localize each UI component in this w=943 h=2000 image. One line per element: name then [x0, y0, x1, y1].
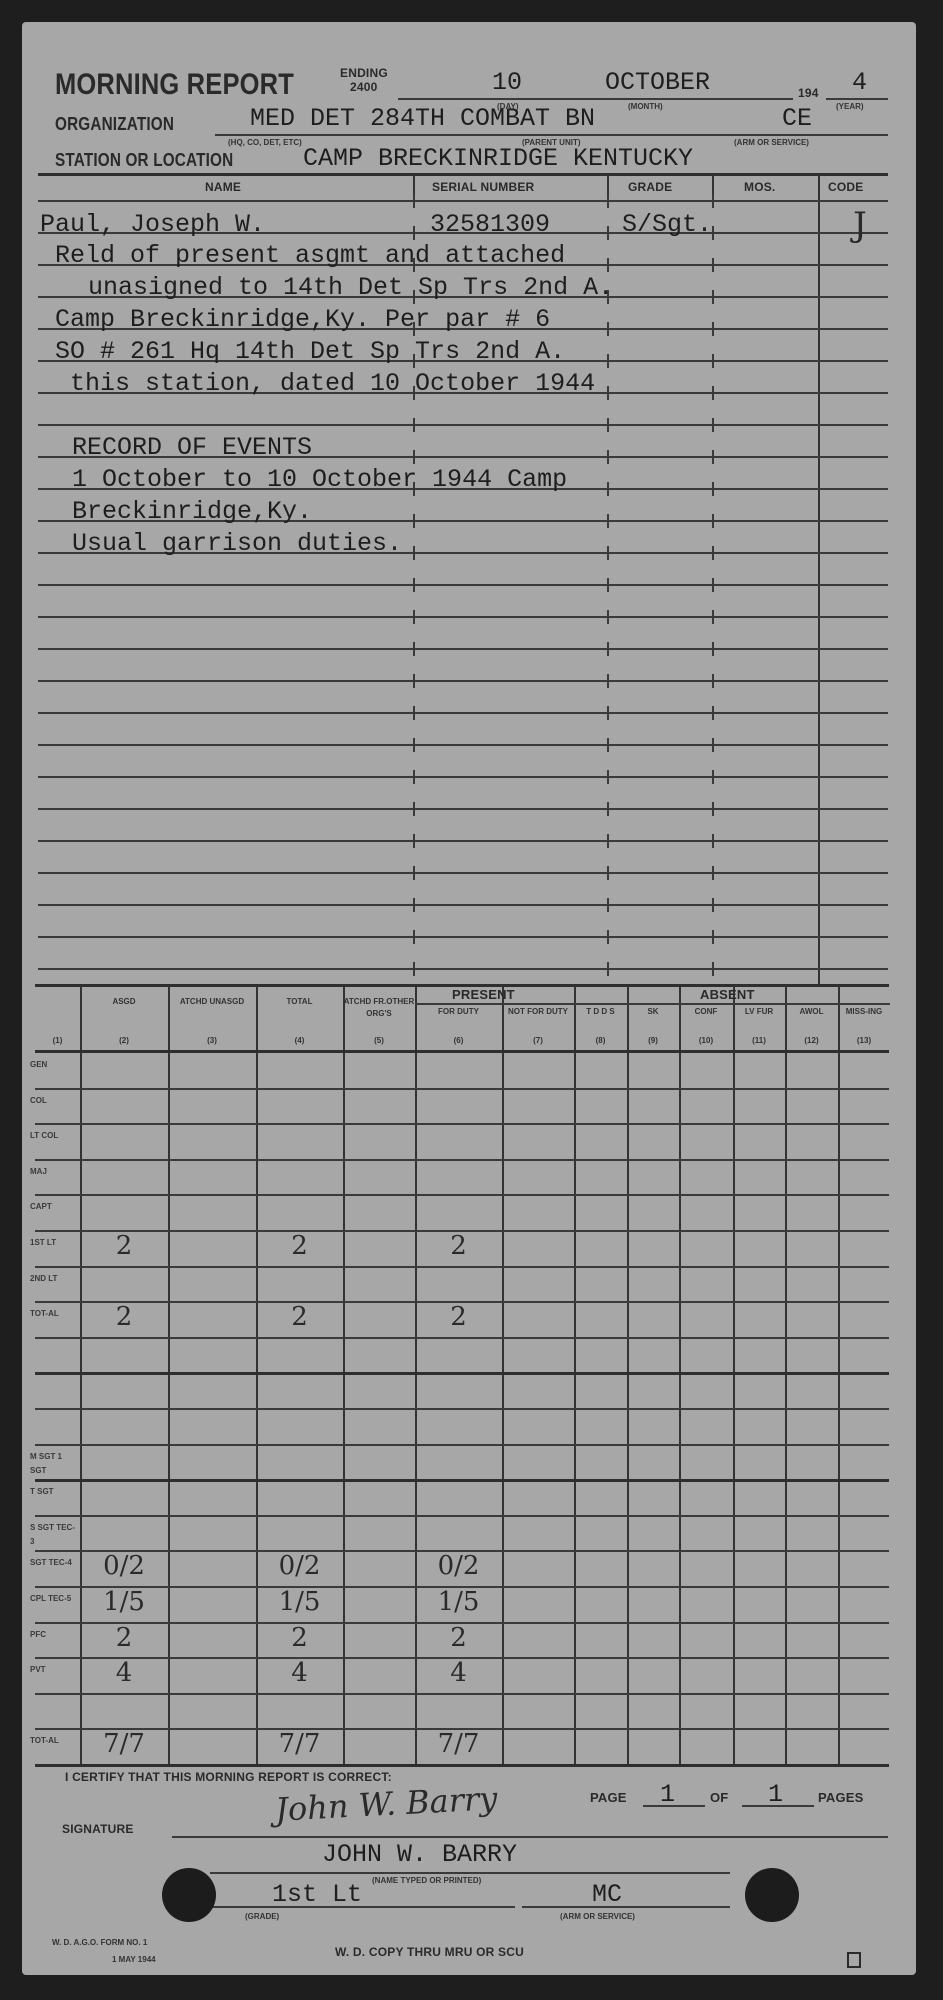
stats-row-line: [35, 1444, 889, 1446]
officer-arm: MC: [592, 1880, 622, 1909]
column-tick: [712, 642, 714, 656]
stats-row-line: [35, 1515, 889, 1517]
rank-label: M SGT 1 SGT: [30, 1450, 78, 1478]
punch-hole-right: [745, 1868, 799, 1922]
column-tick: [413, 450, 415, 464]
grade-label: (GRADE): [245, 1912, 279, 1921]
rank-label: 2ND LT: [30, 1272, 78, 1286]
ruled-line: [38, 968, 888, 970]
name-label: (NAME TYPED OR PRINTED): [372, 1876, 481, 1885]
remark-line-1: Reld of present asgmt and attached: [55, 241, 565, 270]
column-header-number: (10): [679, 1036, 733, 1045]
stats-header-bottom: [35, 1050, 889, 1053]
stats-row-line: [35, 1266, 889, 1268]
column-header-label: ASGD: [80, 996, 168, 1008]
column-tick: [607, 354, 609, 368]
column-tick: [712, 354, 714, 368]
column-tick: [712, 450, 714, 464]
present-group-label: PRESENT: [452, 987, 515, 1002]
column-header-label: TOTAL: [256, 996, 343, 1008]
column-tick: [413, 418, 415, 432]
serial-header: SERIAL NUMBER: [432, 180, 534, 194]
cell-for-duty: 2: [415, 1231, 502, 1261]
group-header-line: [415, 1003, 890, 1005]
cell-for-duty: 0/2: [415, 1551, 502, 1581]
column-tick: [712, 834, 714, 848]
rank-label: GEN: [30, 1058, 78, 1072]
ruled-line: [38, 904, 888, 906]
column-tick: [607, 610, 609, 624]
column-tick: [413, 546, 415, 560]
column-tick: [607, 898, 609, 912]
remark-line-2: unasigned to 14th Det Sp Trs 2nd A.: [88, 273, 613, 302]
rank-label: COL: [30, 1094, 78, 1108]
rank-label: PVT: [30, 1663, 78, 1677]
column-tick: [413, 674, 415, 688]
absent-group-label: ABSENT: [700, 987, 755, 1002]
cell-total: 4: [256, 1658, 343, 1688]
column-header-label: ATCHD FR.OTHER ORG'S: [343, 996, 415, 1020]
column-tick: [712, 706, 714, 720]
column-header-number: (13): [838, 1036, 890, 1045]
rank-label: CAPT: [30, 1200, 78, 1214]
rank-label: TOT-AL: [30, 1307, 78, 1321]
column-tick: [413, 514, 415, 528]
column-tick: [712, 674, 714, 688]
certification-statement: I CERTIFY THAT THIS MORNING REPORT IS CO…: [65, 1770, 392, 1784]
ruled-line: [38, 744, 888, 746]
roster-entry-name: Paul, Joseph W.: [40, 210, 265, 239]
column-tick: [413, 578, 415, 592]
ruled-line: [38, 936, 888, 938]
column-tick: [712, 290, 714, 304]
ruled-line: [38, 776, 888, 778]
column-header-number: (8): [574, 1036, 627, 1045]
event-line-2: Breckinridge,Ky.: [72, 497, 312, 526]
signature-line: [172, 1836, 888, 1838]
ruled-line: [38, 840, 888, 842]
stats-row-line: [35, 1693, 889, 1695]
organization-sub-label: (HQ, CO, DET, ETC): [228, 138, 302, 147]
report-day: 10: [492, 68, 522, 97]
page-count: 1: [768, 1780, 783, 1809]
date-line: [398, 98, 793, 100]
stats-row-line: [35, 1764, 889, 1767]
column-tick: [413, 642, 415, 656]
stats-row-line: [35, 1337, 889, 1339]
cell-total: 2: [256, 1231, 343, 1261]
column-tick: [607, 834, 609, 848]
cell-for-duty: 2: [415, 1302, 502, 1332]
rank-label: LT COL: [30, 1129, 78, 1143]
column-tick: [413, 770, 415, 784]
station-label: STATION OR LOCATION: [55, 150, 233, 171]
cell-asgd: 2: [80, 1302, 168, 1332]
column-tick: [607, 706, 609, 720]
stats-row-line: [35, 1123, 889, 1125]
ruled-line: [38, 616, 888, 618]
column-tick: [413, 738, 415, 752]
column-header-number: (3): [168, 1036, 256, 1045]
cell-asgd: 7/7: [80, 1729, 168, 1759]
column-header-label: ATCHD UNASGD: [168, 996, 256, 1008]
ending-label: ENDING: [340, 66, 388, 80]
signature-label: SIGNATURE: [62, 1822, 134, 1836]
column-header-label: MISS-ING: [838, 1006, 890, 1018]
arm-label: (ARM OR SERVICE): [734, 138, 809, 147]
officer-name-typed: JOHN W. BARRY: [322, 1840, 517, 1869]
column-tick: [712, 226, 714, 240]
rank-label: T SGT: [30, 1485, 78, 1499]
ending-time-label: 2400: [350, 80, 378, 94]
roster-entry-grade: S/Sgt.: [622, 210, 712, 239]
stats-row-line: [35, 1088, 889, 1090]
ruled-line: [38, 200, 888, 202]
officer-arm-label: (ARM OR SERVICE): [560, 1912, 635, 1921]
rank-label: TOT-AL: [30, 1734, 78, 1748]
ruled-line: [38, 648, 888, 650]
cell-total: 1/5: [256, 1587, 343, 1617]
column-tick: [607, 802, 609, 816]
column-header-label: AWOL: [785, 1006, 838, 1018]
column-tick: [712, 962, 714, 976]
page-number: 1: [660, 1780, 675, 1809]
form-number: W. D. A.G.O. FORM NO. 1: [52, 1938, 147, 1947]
month-label: (MONTH): [628, 102, 663, 111]
column-tick: [712, 514, 714, 528]
cell-asgd: 2: [80, 1623, 168, 1653]
organization-line: [215, 134, 888, 136]
column-header-number: (2): [80, 1036, 168, 1045]
column-tick: [712, 482, 714, 496]
column-tick: [607, 674, 609, 688]
column-tick: [712, 258, 714, 272]
rank-label: CPL TEC-5: [30, 1592, 78, 1606]
cell-asgd: 4: [80, 1658, 168, 1688]
column-header-number: (6): [415, 1036, 502, 1045]
column-tick: [607, 578, 609, 592]
column-tick: [607, 962, 609, 976]
column-tick: [712, 770, 714, 784]
record-of-events-title: RECORD OF EVENTS: [72, 433, 312, 462]
year-label: (YEAR): [836, 102, 864, 111]
stats-row-line: [35, 1408, 889, 1410]
form-date: 1 MAY 1944: [112, 1955, 156, 1964]
rank-label: SGT TEC-4: [30, 1556, 78, 1570]
column-tick: [712, 930, 714, 944]
column-tick: [607, 770, 609, 784]
ruled-line: [38, 680, 888, 682]
ruled-line: [38, 808, 888, 810]
column-tick: [607, 482, 609, 496]
of-label: OF: [710, 1790, 728, 1805]
column-header-number: (1): [35, 1036, 80, 1045]
cell-total: 7/7: [256, 1729, 343, 1759]
roster-entry-code: J: [840, 205, 880, 245]
roster-entry-serial: 32581309: [430, 210, 550, 239]
column-tick: [413, 706, 415, 720]
column-tick: [607, 546, 609, 560]
officer-grade: 1st Lt: [272, 1880, 362, 1909]
mos-header: MOS.: [744, 180, 775, 194]
column-tick: [607, 226, 609, 240]
column-tick: [607, 322, 609, 336]
remark-line-4: SO # 261 Hq 14th Det Sp Trs 2nd A.: [55, 337, 565, 366]
column-tick: [413, 610, 415, 624]
column-tick: [607, 738, 609, 752]
column-tick: [413, 866, 415, 880]
column-header-label: T D D S: [574, 1006, 627, 1018]
column-tick: [607, 258, 609, 272]
column-header-label: LV FUR: [733, 1006, 785, 1018]
cell-total: 2: [256, 1302, 343, 1332]
column-header-label: SK: [627, 1006, 679, 1018]
event-line-3: Usual garrison duties.: [72, 529, 402, 558]
column-tick: [712, 802, 714, 816]
column-tick: [712, 386, 714, 400]
copy-note: W. D. COPY THRU MRU OR SCU: [335, 1945, 524, 1959]
column-tick: [413, 194, 415, 208]
column-tick: [712, 194, 714, 208]
column-header-label: CONF: [679, 1006, 733, 1018]
cell-for-duty: 1/5: [415, 1587, 502, 1617]
name-header: NAME: [205, 180, 241, 194]
column-tick: [413, 834, 415, 848]
column-tick: [607, 514, 609, 528]
column-header-label: NOT FOR DUTY: [502, 1006, 574, 1018]
column-tick: [712, 322, 714, 336]
column-tick: [712, 418, 714, 432]
cell-asgd: 2: [80, 1231, 168, 1261]
cell-asgd: 1/5: [80, 1587, 168, 1617]
column-tick: [712, 578, 714, 592]
column-tick: [712, 610, 714, 624]
column-tick: [607, 450, 609, 464]
column-header-number: (5): [343, 1036, 415, 1045]
report-month: OCTOBER: [605, 68, 710, 97]
column-header-number: (9): [627, 1036, 679, 1045]
column-tick: [712, 738, 714, 752]
column-tick: [712, 546, 714, 560]
ruled-line: [38, 872, 888, 874]
cell-asgd: 0/2: [80, 1551, 168, 1581]
column-header-label: FOR DUTY: [415, 1006, 502, 1018]
cell-for-duty: 2: [415, 1623, 502, 1653]
punch-hole-left: [162, 1868, 216, 1922]
organization-label: ORGANIZATION: [55, 114, 174, 135]
cell-for-duty: 7/7: [415, 1729, 502, 1759]
grade-header: GRADE: [628, 180, 672, 194]
column-header-number: (11): [733, 1036, 785, 1045]
cell-total: 2: [256, 1623, 343, 1653]
column-tick: [712, 898, 714, 912]
name-line: [210, 1872, 730, 1874]
rank-label: 1ST LT: [30, 1236, 78, 1250]
column-tick: [413, 898, 415, 912]
column-tick: [607, 866, 609, 880]
stats-row-line: [35, 1479, 889, 1482]
ruled-line: [38, 424, 888, 426]
column-tick: [413, 226, 415, 240]
station-line: [38, 173, 888, 176]
station-value: CAMP BRECKINRIDGE KENTUCKY: [303, 144, 693, 173]
column-header-number: (7): [502, 1036, 574, 1045]
rank-label: S SGT TEC-3: [30, 1521, 78, 1549]
cell-total: 0/2: [256, 1551, 343, 1581]
arm-value: CE: [782, 104, 812, 133]
event-line-1: 1 October to 10 October 1944 Camp: [72, 465, 567, 494]
column-tick: [712, 866, 714, 880]
remark-line-5: this station, dated 10 October 1944: [70, 369, 595, 398]
ruled-line: [38, 584, 888, 586]
page-label: PAGE: [590, 1790, 627, 1805]
year-prefix: 194: [798, 86, 819, 100]
column-tick: [607, 642, 609, 656]
column-tick: [607, 418, 609, 432]
column-header-number: (12): [785, 1036, 838, 1045]
column-header-number: (4): [256, 1036, 343, 1045]
remark-line-3: Camp Breckinridge,Ky. Per par # 6: [55, 305, 550, 334]
year-line: [826, 98, 888, 100]
column-tick: [413, 802, 415, 816]
form-title: MORNING REPORT: [55, 68, 294, 102]
rank-label: PFC: [30, 1628, 78, 1642]
organization-value: MED DET 284TH COMBAT BN: [250, 104, 595, 133]
checkbox[interactable]: [847, 1952, 861, 1968]
column-tick: [607, 930, 609, 944]
arm-line: [522, 1906, 730, 1908]
grade-line: [210, 1906, 515, 1908]
pages-label: PAGES: [818, 1790, 864, 1805]
stats-row-line: [35, 1159, 889, 1161]
code-header: CODE: [828, 180, 863, 194]
column-tick: [413, 930, 415, 944]
cell-for-duty: 4: [415, 1658, 502, 1688]
report-year: 4: [852, 68, 867, 97]
rank-label: MAJ: [30, 1165, 78, 1179]
column-tick: [607, 194, 609, 208]
column-tick: [607, 386, 609, 400]
ruled-line: [38, 712, 888, 714]
column-tick: [413, 962, 415, 976]
stats-row-line: [35, 1372, 889, 1375]
stats-row-line: [35, 1194, 889, 1196]
